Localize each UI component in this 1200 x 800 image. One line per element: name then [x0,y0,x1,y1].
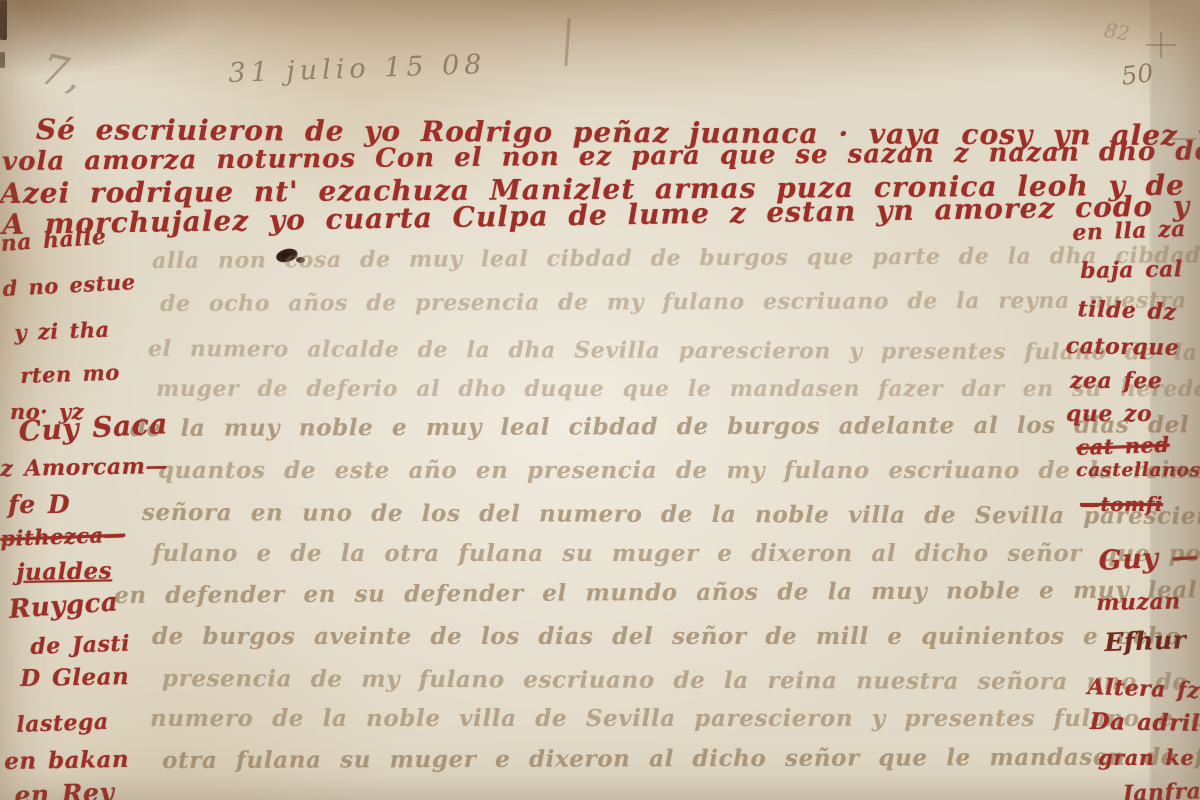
body-line: de la muy noble e muy leal cibdad de bur… [130,413,1200,440]
margin-note-left: rten mo [20,362,120,386]
margin-note-right: Altera fz [1087,676,1200,702]
body-line: quantos de este año en presencia de my f… [158,459,1200,482]
margin-note-left: D Glean [20,665,129,690]
pencil-date: 31 julio 15 08 [228,51,487,87]
margin-note-left: en Rey [14,780,115,800]
margin-note-right: en lla za [1072,218,1186,244]
margin-note-left: d no estue [2,271,136,299]
body-line: fulano e de la otra fulana su muger e di… [152,542,1200,565]
margin-note-right: Janfra [1122,780,1200,800]
margin-note-left: Cuy Saca [18,410,168,446]
body-line: de ocho años de presencia de my fulano e… [160,288,1200,315]
margin-note-right: castellanos [1076,461,1200,480]
margin-note-left: y zi tha [14,319,110,343]
margin-note-left: de Jasti [30,633,130,658]
margin-note-right: Guy — [1098,543,1200,575]
margin-note-left: en bakan [4,748,129,773]
body-line: en defender en su defender el mundo años… [114,578,1200,607]
margin-note-right: catorque [1066,335,1180,359]
margin-note-right: —tomfi [1080,494,1163,514]
faint-folio-number: 82 [1103,20,1131,44]
margin-note-left: na halle [0,226,107,255]
margin-note-left: jualdes [16,559,112,584]
pen-stroke-mark [564,18,570,66]
body-line: otra fulana su muger e dixeron al dicho … [162,745,1200,772]
margin-note-left: lastega [16,711,109,736]
margin-note-right: Efhur [1104,627,1187,655]
margin-note-right: baja cal [1080,258,1183,282]
margin-note-right: cat ned [1076,434,1170,458]
margin-note-left: pithezca— [0,524,125,549]
margin-note-right: tilde dz [1077,298,1177,323]
margin-note-left: Ruygca [8,589,119,623]
cross-mark [1160,32,1162,58]
corner-mark: 7, [37,48,85,97]
body-line: muger de deferio al dho duque que le man… [156,378,1200,400]
body-line: presencia de my fulano escriuano de la r… [162,667,1200,694]
margin-note-right: Da adrila [1090,710,1200,735]
margin-note-right: zea fee [1070,370,1162,392]
body-line: alla non cosa de muy leal cibdad de burg… [152,244,1200,272]
photo-edge-sliver [0,0,7,40]
margin-note-right: que zo [1066,403,1152,425]
margin-note-left: fe D [8,492,70,517]
photo-edge-sliver [0,52,5,68]
body-line: numero de la noble villa de Sevilla pare… [150,707,1200,730]
body-line: señora en uno de los del numero de la no… [142,501,1200,528]
margin-note-right: gran ke [1098,747,1194,768]
folio-number: 50 [1120,60,1155,89]
body-line: de burgos aveinte de los dias del señor … [152,625,1200,648]
body-line: el numero alcalde de la dha Sevilla pare… [148,338,1200,364]
manuscript-page: 7, 31 julio 15 08 82 50 Sé escriuieron d… [0,0,1200,800]
margin-note-right: muzan [1096,591,1181,614]
margin-note-left: z Amorcam— [0,455,168,480]
